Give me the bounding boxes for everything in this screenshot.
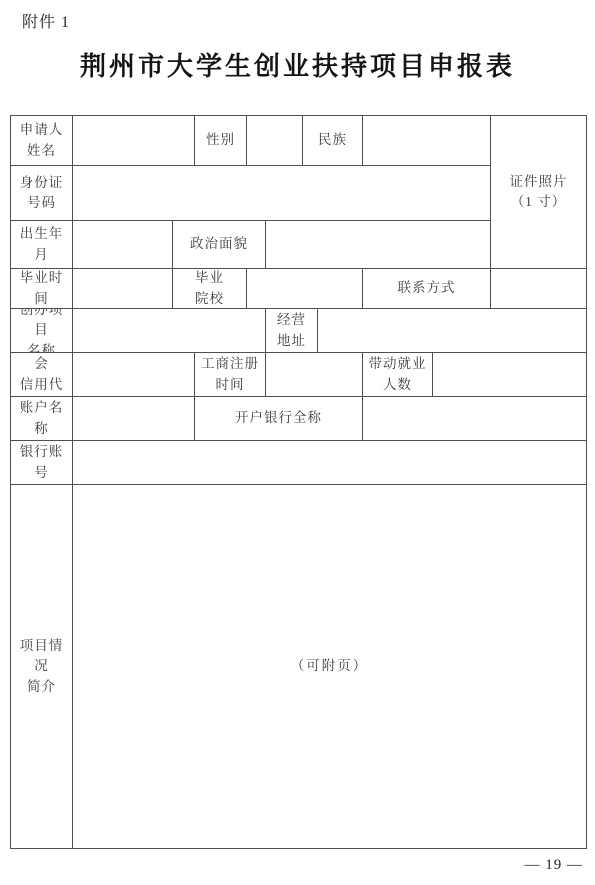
graduation-school-field[interactable] — [247, 269, 363, 309]
graduation-time-field[interactable] — [73, 269, 173, 309]
bank-full-name-label: 开户银行全称 — [195, 397, 363, 441]
graduation-time-label: 毕业时间 — [11, 269, 73, 309]
contact-label: 联系方式 — [363, 269, 491, 309]
graduation-school-label: 毕业 院校 — [173, 269, 247, 309]
bank-account-field[interactable] — [73, 441, 587, 485]
registration-time-label: 工商注册 时间 — [195, 353, 266, 397]
ethnicity-field[interactable] — [363, 116, 491, 166]
birth-date-label: 出生年月 — [11, 221, 73, 269]
business-address-label: 经营 地址 — [266, 309, 318, 353]
account-name-label: 账户名称 — [11, 397, 73, 441]
attachment-label: 附件 1 — [22, 9, 70, 32]
project-name-label: 创办项目 名称 — [11, 309, 73, 353]
credit-code-field[interactable] — [73, 353, 195, 397]
page-number: — 19 — — [525, 857, 584, 874]
gender-field[interactable] — [247, 116, 303, 166]
registration-time-field[interactable] — [266, 353, 363, 397]
id-photo-cell: 证件照片 （1 寸） — [491, 116, 587, 269]
document-page: 附件 1 荆州市大学生创业扶持项目申报表 申请人 姓名 性别 民族 证件照片 （… — [0, 0, 595, 885]
bank-full-name-field[interactable] — [363, 397, 587, 441]
ethnicity-label: 民族 — [303, 116, 363, 166]
project-overview-label: 项目情况 简介 — [11, 485, 73, 849]
page-title: 荆州市大学生创业扶持项目申报表 — [0, 46, 595, 83]
account-name-field[interactable] — [73, 397, 195, 441]
id-number-label: 身份证 号码 — [11, 166, 73, 221]
applicant-name-label: 申请人 姓名 — [11, 116, 73, 166]
applicant-name-field[interactable] — [73, 116, 195, 166]
birth-date-field[interactable] — [73, 221, 173, 269]
credit-code-label: 统一社会 信用代码 — [11, 353, 73, 397]
political-status-label: 政治面貌 — [173, 221, 266, 269]
project-overview-field[interactable]: （可附页） — [73, 485, 587, 849]
gender-label: 性别 — [195, 116, 247, 166]
jobs-created-label: 带动就业 人数 — [363, 353, 433, 397]
bank-account-label: 银行账号 — [11, 441, 73, 485]
political-status-field[interactable] — [266, 221, 491, 269]
business-address-field[interactable] — [318, 309, 587, 353]
project-name-field[interactable] — [73, 309, 266, 353]
id-number-field[interactable] — [73, 166, 491, 221]
contact-field[interactable] — [491, 269, 587, 309]
jobs-created-field[interactable] — [433, 353, 587, 397]
application-form-table: 申请人 姓名 性别 民族 证件照片 （1 寸） 身份证 号码 出生年月 政治面貌… — [10, 115, 587, 849]
